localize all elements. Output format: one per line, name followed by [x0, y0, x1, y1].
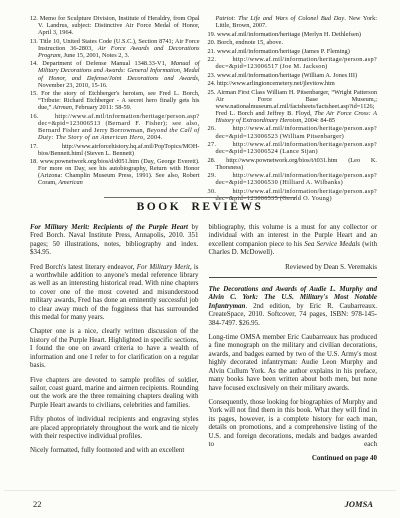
endnote-18-continuation: Patriot: The Life and Wars of Colonel Bu…: [208, 15, 378, 29]
text-segment: , 2004.: [143, 134, 162, 141]
review1-paragraph: Nicely formatted, fully footnoted and wi…: [30, 446, 199, 454]
endnote-number: 17.: [30, 143, 38, 150]
endnote-number: 25.: [208, 89, 216, 96]
endnote-text: http://www.pownetwork.org/bios/t/t031.ht…: [216, 157, 378, 171]
endnote-text: http://www.af.mil/information/heritage/p…: [216, 56, 378, 70]
text-segment: American: [58, 179, 82, 186]
endnote-text: www.pownetwork.org/bios/d/d051.htm (Day,…: [38, 158, 200, 186]
text-segment: www.af.mil/information/heritage (William…: [217, 72, 357, 79]
endnote-number: 28.: [208, 157, 216, 164]
endnote-text: Borch, endnote 15, above.: [217, 39, 283, 46]
endnote-text: www.af.mil/information/heritage (Merlyn …: [217, 31, 361, 38]
text-segment: http://www.pownetwork.org/bios/t/t031.ht…: [216, 157, 378, 171]
endnote-19: 19. www.af.mil/information/heritage (Mer…: [208, 31, 378, 38]
text-segment: Fifty photos of individual recipients an…: [30, 415, 199, 440]
endnote-text: http://www.airforcehistory.hq.af.mil/Pop…: [38, 143, 200, 157]
endnote-number: 13.: [30, 38, 38, 45]
review1-paragraph-continued: bibliography, this volume is a must for …: [209, 223, 378, 257]
endnote-number: 30.: [208, 188, 217, 195]
endnote-text: Memo for Sculpture Division, Institute o…: [38, 15, 200, 36]
endnote-25: 25. Airman First Class William H. Pitsen…: [208, 89, 378, 124]
scan-artifact-line: [4, 490, 396, 491]
endnote-number: 21.: [208, 48, 216, 55]
text-segment: http://www.af.mil/information/heritage/p…: [216, 125, 378, 139]
endnote-27: 27. http://www.af.mil/information/herita…: [208, 141, 378, 155]
endnote-12: 12. Memo for Sculpture Division, Institu…: [30, 15, 200, 36]
text-segment: Airman: [53, 104, 72, 111]
endnote-text: www.af.mil/information/heritage (James P…: [217, 48, 350, 55]
endnote-number: 24.: [208, 80, 216, 87]
endnote-text: http://www.af.mil/information/heritage/p…: [216, 141, 378, 155]
text-segment: Borch, endnote 15, above.: [217, 39, 283, 46]
text-segment: Long-time OMSA member Eric Caubarreaux h…: [209, 333, 378, 391]
review2-paragraph: Consequently, those looking for biograph…: [209, 398, 378, 448]
text-segment: , June 15, 2001, Notes 2, 3.: [61, 52, 130, 59]
journal-name: JOMSA: [345, 499, 373, 509]
endnotes-left-column: 12. Memo for Sculpture Division, Institu…: [30, 15, 200, 203]
endnote-text: Airman First Class William H. Pitsenbarg…: [216, 89, 378, 124]
endnote-15: 15. For the story of Etchberger's herois…: [30, 90, 200, 111]
endnote-17: 17. http://www.airforcehistory.hq.af.mil…: [30, 143, 200, 157]
text-segment: www.af.mil/information/heritage (James P…: [217, 48, 350, 55]
review1-paragraph: Chapter one is a nice, clearly written d…: [30, 327, 199, 369]
endnote-18: 18. www.pownetwork.org/bios/d/d051.htm (…: [30, 158, 200, 186]
review1-paragraph: Five chapters are devoted to sample prof…: [30, 376, 199, 410]
endnote-text: http://www.af.mil/information/heritage/p…: [216, 125, 378, 139]
endnote-number: 29.: [208, 172, 217, 179]
section-divider-rule: [104, 197, 296, 198]
endnote-30: 30. http://www.af.mil/information/herita…: [208, 188, 378, 202]
text-segment: For Military Merit: Recipients of the Pu…: [30, 223, 188, 231]
endnote-14: 14. Department of Defense Manual 1348.33…: [30, 60, 200, 88]
book-reviews-section: For Military Merit: Recipients of the Pu…: [30, 223, 377, 469]
journal-page: 12. Memo for Sculpture Division, Institu…: [0, 0, 400, 518]
endnote-number: 23.: [208, 72, 216, 79]
text-segment: Memo for Sculpture Division, Institute o…: [38, 15, 200, 36]
text-segment: http://www.af.mil/information/heritage/p…: [216, 56, 378, 70]
text-segment: http://www.arlingtoncemetery.net/jlevito…: [217, 80, 335, 87]
text-segment: For Military Merit: [137, 263, 190, 271]
review2-paragraph: Long-time OMSA member Eric Caubarreaux h…: [209, 333, 378, 392]
review1-paragraph: Fred Borch's latest literary endeavor, F…: [30, 263, 199, 322]
endnote-23: 23. www.af.mil/information/heritage (Wil…: [208, 72, 378, 79]
endnote-24: 24. http://www.arlingtoncemetery.net/jle…: [208, 80, 378, 87]
text-segment: http://www.airforcehistory.hq.af.mil/Pop…: [38, 143, 200, 157]
text-segment: , 2004: 84-85: [301, 117, 335, 124]
endnote-20: 20. Borch, endnote 15, above.: [208, 39, 378, 46]
endnote-13: 13. Title 10, United States Code (U.S.C.…: [30, 38, 200, 59]
text-segment: Fred Borch's latest literary endeavor,: [30, 263, 137, 271]
text-segment: Department of Defense Manual 1348.33-V1,: [42, 60, 170, 67]
section-title: BOOK REVIEWS: [0, 201, 400, 213]
endnote-text: www.af.mil/information/heritage (William…: [217, 72, 357, 79]
page-number: 22: [33, 499, 42, 509]
continued-notice: Continued on page 40: [209, 454, 378, 462]
text-segment: www.af.mil/information/heritage (Merlyn …: [217, 31, 361, 38]
text-segment: Sea Service Medals: [304, 240, 360, 248]
endnotes-section: 12. Memo for Sculpture Division, Institu…: [30, 15, 377, 203]
endnote-number: 18.: [30, 158, 38, 165]
reviewer-byline: Reviewed by Dean S. Veremakis: [209, 263, 378, 271]
review-left-column: For Military Merit: Recipients of the Pu…: [30, 223, 199, 469]
endnote-number: 20.: [208, 39, 216, 46]
review1-citation: For Military Merit: Recipients of the Pu…: [30, 223, 199, 257]
endnote-text: http://www.af.mil/information/heritage/p…: [216, 172, 378, 186]
text-segment: Patriot: The Life and Wars of Colonel Bu…: [216, 15, 345, 22]
text-segment: , is a worthwhile addition to anyone's m…: [30, 263, 199, 321]
endnote-text: http://www.arlingtoncemetery.net/jlevito…: [217, 80, 335, 87]
endnote-text: http://www.af.mil/information/heritage/p…: [38, 113, 200, 141]
endnote-number: 27.: [208, 141, 217, 148]
text-segment: Chapter one is a nice, clearly written d…: [30, 327, 199, 369]
endnote-number: 22.: [208, 56, 217, 63]
text-segment: http://www.af.mil/information/heritage/p…: [216, 188, 378, 202]
review-divider-rule: [209, 277, 378, 278]
endnote-text: Department of Defense Manual 1348.33-V1,…: [38, 60, 200, 88]
endnote-16: 16. http://www.af.mil/information/herita…: [30, 113, 200, 141]
endnote-29: 29. http://www.af.mil/information/herita…: [208, 172, 378, 186]
endnote-text: For the story of Etchberger's heroism, s…: [38, 90, 200, 111]
endnote-number: 12.: [30, 15, 38, 22]
endnote-number: 16.: [30, 113, 39, 120]
endnote-text: http://www.af.mil/information/heritage/p…: [216, 188, 378, 202]
endnotes-right-column: Patriot: The Life and Wars of Colonel Bu…: [208, 15, 378, 203]
review1-paragraph: Fifty photos of individual recipients an…: [30, 415, 199, 440]
text-segment: , February 2011: 58-59.: [72, 104, 131, 111]
text-segment: Consequently, those looking for biograph…: [209, 398, 378, 448]
endnote-text: Title 10, United States Code (U.S.C.), S…: [38, 38, 200, 59]
text-segment: Five chapters are devoted to sample prof…: [30, 376, 199, 409]
review-right-column: bibliography, this volume is a must for …: [209, 223, 378, 469]
endnote-number: 15.: [30, 90, 38, 97]
text-segment: http://www.af.mil/information/heritage/p…: [216, 172, 378, 186]
review2-citation: The Decorations and Awards of Audie L. M…: [209, 285, 378, 327]
endnote-number: 14.: [30, 60, 38, 67]
text-segment: Nicely formatted, fully footnoted and wi…: [30, 446, 184, 454]
endnote-22: 22. http://www.af.mil/information/herita…: [208, 56, 378, 70]
endnote-26: 26. http://www.af.mil/information/herita…: [208, 125, 378, 139]
endnote-text: Patriot: The Life and Wars of Colonel Bu…: [216, 15, 377, 29]
endnote-number: 26.: [208, 125, 217, 132]
endnote-number: 19.: [208, 31, 216, 38]
text-segment: http://www.af.mil/information/heritage/p…: [216, 141, 378, 155]
endnote-21: 21. www.af.mil/information/heritage (Jam…: [208, 48, 378, 55]
endnote-28: 28. http://www.pownetwork.org/bios/t/t03…: [208, 157, 378, 171]
